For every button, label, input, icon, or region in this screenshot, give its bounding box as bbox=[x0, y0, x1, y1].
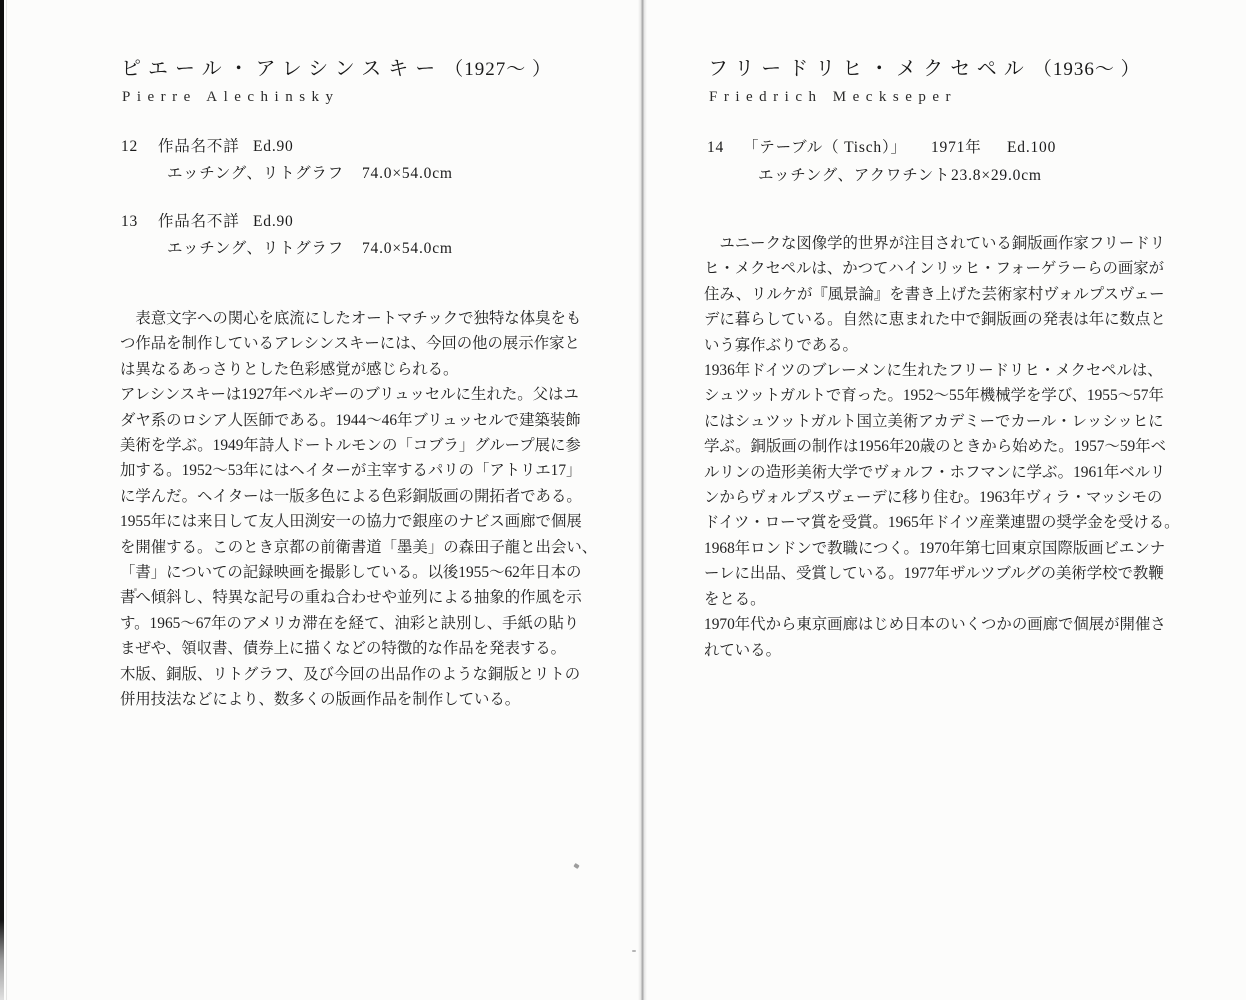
scan-left-edge-line bbox=[6, 0, 7, 1000]
entry-number: 13 bbox=[121, 212, 138, 231]
right-artist-biography: ユニークな図像学的世界が注目されている銅版画作家フリードリ ヒ・メクセペルは、か… bbox=[704, 231, 1246, 663]
catalog-scan-spread: ピエール・アレシンスキー（1927〜 ） Pierre Alechinsky 1… bbox=[0, 0, 1246, 1000]
left-artist-heading: ピエール・アレシンスキー（1927〜 ） bbox=[121, 57, 552, 82]
entry-title: 作品名不詳 bbox=[158, 137, 240, 156]
entry-number: 12 bbox=[121, 137, 138, 156]
entry-title: 「テーブル（ Tisch）」 bbox=[743, 138, 907, 157]
entry-size: 74.0×54.0cm bbox=[362, 164, 453, 183]
entry-medium: エッチング、アクワチント bbox=[758, 166, 950, 185]
right-artist-heading: フリードリヒ・メクセペル（1936〜 ） bbox=[708, 57, 1141, 82]
entry-number: 14 bbox=[707, 138, 724, 157]
entry-medium: エッチング、リトグラフ bbox=[167, 239, 344, 258]
left-artist-name-jp: ピエール・アレシンスキー bbox=[121, 58, 442, 80]
entry-size: 74.0×54.0cm bbox=[362, 239, 453, 258]
left-artist-name-en: Pierre Alechinsky bbox=[122, 88, 340, 106]
entry-edition: Ed.100 bbox=[1007, 138, 1056, 157]
entry-edition: Ed.90 bbox=[253, 212, 294, 231]
entry-size: 23.8×29.0cm bbox=[951, 166, 1042, 185]
right-artist-name-en: Friedrich Meckseper bbox=[709, 88, 957, 106]
right-artist-name-jp: フリードリヒ・メクセペル bbox=[708, 58, 1031, 80]
left-artist-biography: 表意文字への関心を底流にしたオートマチックで独特な体臭をも つ作品を制作している… bbox=[120, 306, 680, 713]
right-artist-years: （1936〜 ） bbox=[1033, 59, 1141, 80]
scan-left-edge-shadow bbox=[0, 0, 4, 1000]
scan-speck bbox=[632, 950, 636, 952]
entry-edition: Ed.90 bbox=[253, 137, 294, 156]
entry-title: 作品名不詳 bbox=[158, 212, 240, 231]
left-artist-years: （1927〜 ） bbox=[444, 59, 552, 80]
entry-medium: エッチング、リトグラフ bbox=[167, 164, 344, 183]
scan-speck bbox=[573, 863, 579, 869]
entry-year: 1971年 bbox=[931, 138, 982, 157]
